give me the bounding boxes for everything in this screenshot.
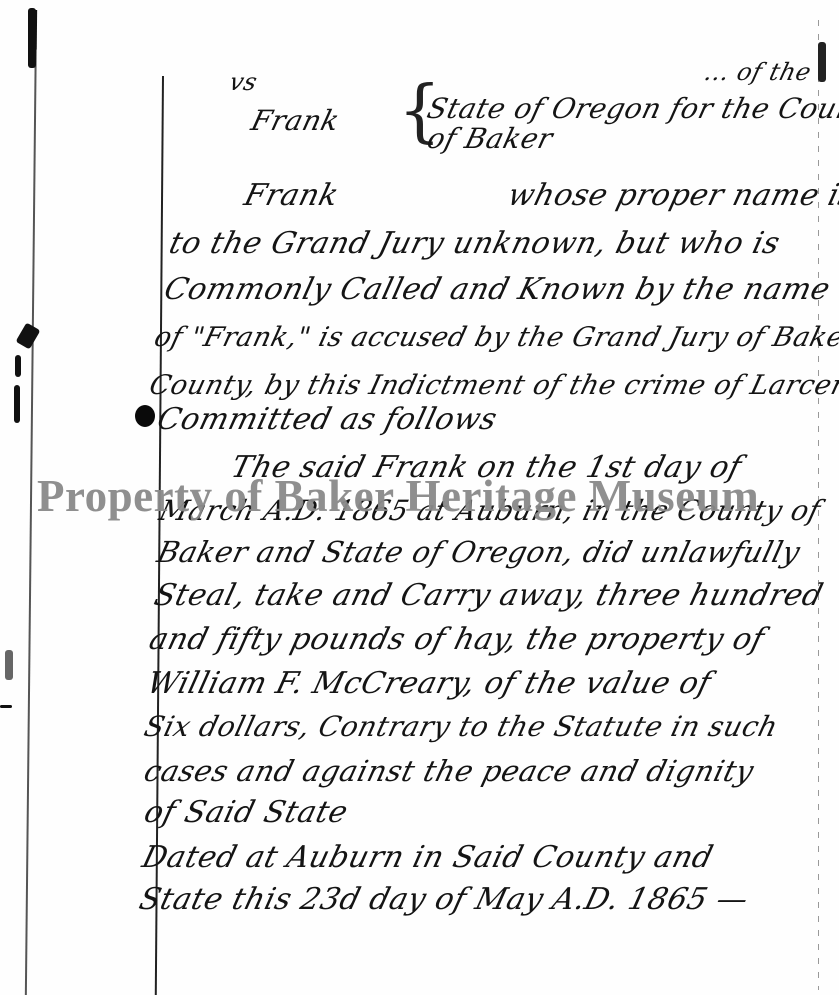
- body-line: State this 23d day of May A.D. 1865 —: [136, 882, 752, 917]
- body-line: William F. McCreary, of the value of: [144, 666, 715, 701]
- caption-brace: {: [398, 72, 412, 162]
- caption-top-fragment: ... of the: [702, 58, 815, 86]
- body-line: of Said State: [141, 795, 352, 830]
- body-line: Six dollars, Contrary to the Statute in …: [141, 710, 782, 743]
- binding-mark: [14, 385, 20, 423]
- body-line: and fifty pounds of hay, the property of: [146, 622, 768, 657]
- binding-mark: [5, 650, 13, 680]
- body-line: March A.D. 1865 at Auburn, in the County…: [156, 494, 824, 527]
- caption-court-line2: of Baker: [424, 122, 557, 155]
- binding-mark: [0, 705, 12, 708]
- document-page: ... of the vs Frank { State of Oregon fo…: [0, 0, 839, 995]
- paper-tab-mark: [818, 42, 826, 82]
- body-line: Baker and State of Oregon, did unlawfull…: [154, 535, 804, 569]
- binding-mark: [16, 322, 41, 349]
- caption-court-line1: State of Oregon for the County: [424, 92, 839, 125]
- body-line: to the Grand Jury unknown, but who is: [166, 226, 784, 261]
- body-line: Frank whose proper name is: [241, 178, 839, 213]
- binding-mark: [28, 8, 36, 68]
- body-line: County, by this Indictment of the crime …: [146, 370, 839, 401]
- body-line: Steal, take and Carry away, three hundre…: [151, 578, 827, 613]
- body-line: cases and against the peace and dignity: [141, 754, 758, 788]
- binding-mark: [15, 355, 21, 377]
- punch-hole: [135, 405, 155, 427]
- caption-vs: vs: [227, 68, 261, 96]
- paper-left-edge: [25, 10, 37, 995]
- body-line: of "Frank," is accused by the Grand Jury…: [151, 322, 839, 353]
- body-line: Dated at Auburn in Said County and: [139, 840, 717, 875]
- caption-defendant: Frank: [248, 104, 343, 137]
- body-line: Committed as follows: [154, 402, 501, 437]
- body-line: Commonly Called and Known by the name: [161, 272, 834, 307]
- body-line: The said Frank on the 1st day of: [228, 450, 745, 485]
